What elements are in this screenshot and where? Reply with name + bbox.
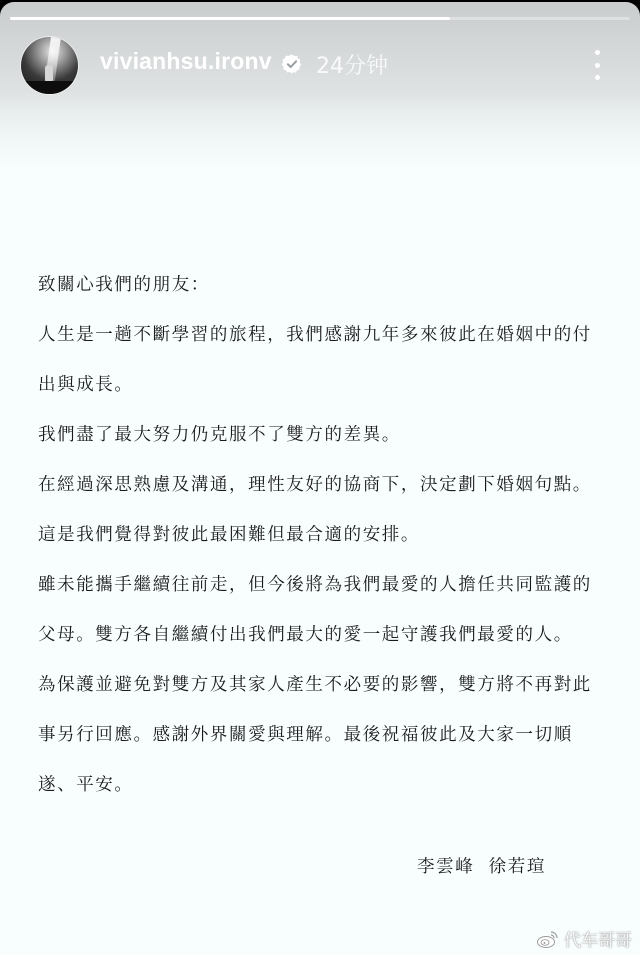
more-vertical-icon [595, 50, 600, 55]
story-viewer[interactable]: vivianhsu.ironv 24分钟 致關心我們的朋友： 人生是一趟不斷學習… [0, 2, 640, 955]
watermark-text: 代车哥哥 [564, 926, 632, 951]
story-progress-bar [10, 17, 630, 20]
watermark: 代车哥哥 [536, 926, 632, 951]
letter-line: 這是我們覺得對彼此最困難但最合適的安排。 [38, 510, 608, 560]
letter-line: 父母。雙方各自繼續付出我們最大的愛一起守護我們最愛的人。 [38, 610, 608, 660]
letter-line: 事另行回應。感謝外界關愛與理解。最後祝福彼此及大家一切順 [38, 710, 608, 760]
letter-line: 人生是一趟不斷學習的旅程，我們感謝九年多來彼此在婚姻中的付 [38, 310, 608, 360]
more-vertical-icon [595, 63, 600, 68]
letter-line: 雖未能攜手繼續往前走，但今後將為我們最愛的人擔任共同監護的 [38, 560, 608, 610]
letter-line: 出與成長。 [38, 360, 608, 410]
weibo-logo-icon [536, 929, 560, 949]
letter-greeting: 致關心我們的朋友： [38, 260, 608, 310]
profile-avatar[interactable] [21, 37, 78, 94]
more-vertical-icon [595, 75, 600, 80]
letter-line: 遂、平安。 [38, 760, 608, 810]
post-time-ago: 24分钟 [316, 49, 388, 80]
letter-line: 在經過深思熟慮及溝通，理性友好的協商下，決定劃下婚姻句點。 [38, 460, 608, 510]
statement-letter: 致關心我們的朋友： 人生是一趟不斷學習的旅程，我們感謝九年多來彼此在婚姻中的付 … [38, 260, 608, 810]
letter-line: 我們盡了最大努力仍克服不了雙方的差異。 [38, 410, 608, 460]
letter-signature: 李雲峰 徐若瑄 [417, 853, 546, 878]
verified-badge-icon [281, 53, 303, 75]
username-link[interactable]: vivianhsu.ironv [100, 48, 272, 75]
letter-line: 為保護並避免對雙方及其家人產生不必要的影響，雙方將不再對此 [38, 660, 608, 710]
more-options-button[interactable] [584, 48, 610, 82]
story-header: vivianhsu.ironv 24分钟 [0, 34, 640, 94]
story-progress-fill [10, 17, 450, 20]
avatar-stage [21, 81, 78, 94]
avatar-figure [45, 65, 53, 81]
